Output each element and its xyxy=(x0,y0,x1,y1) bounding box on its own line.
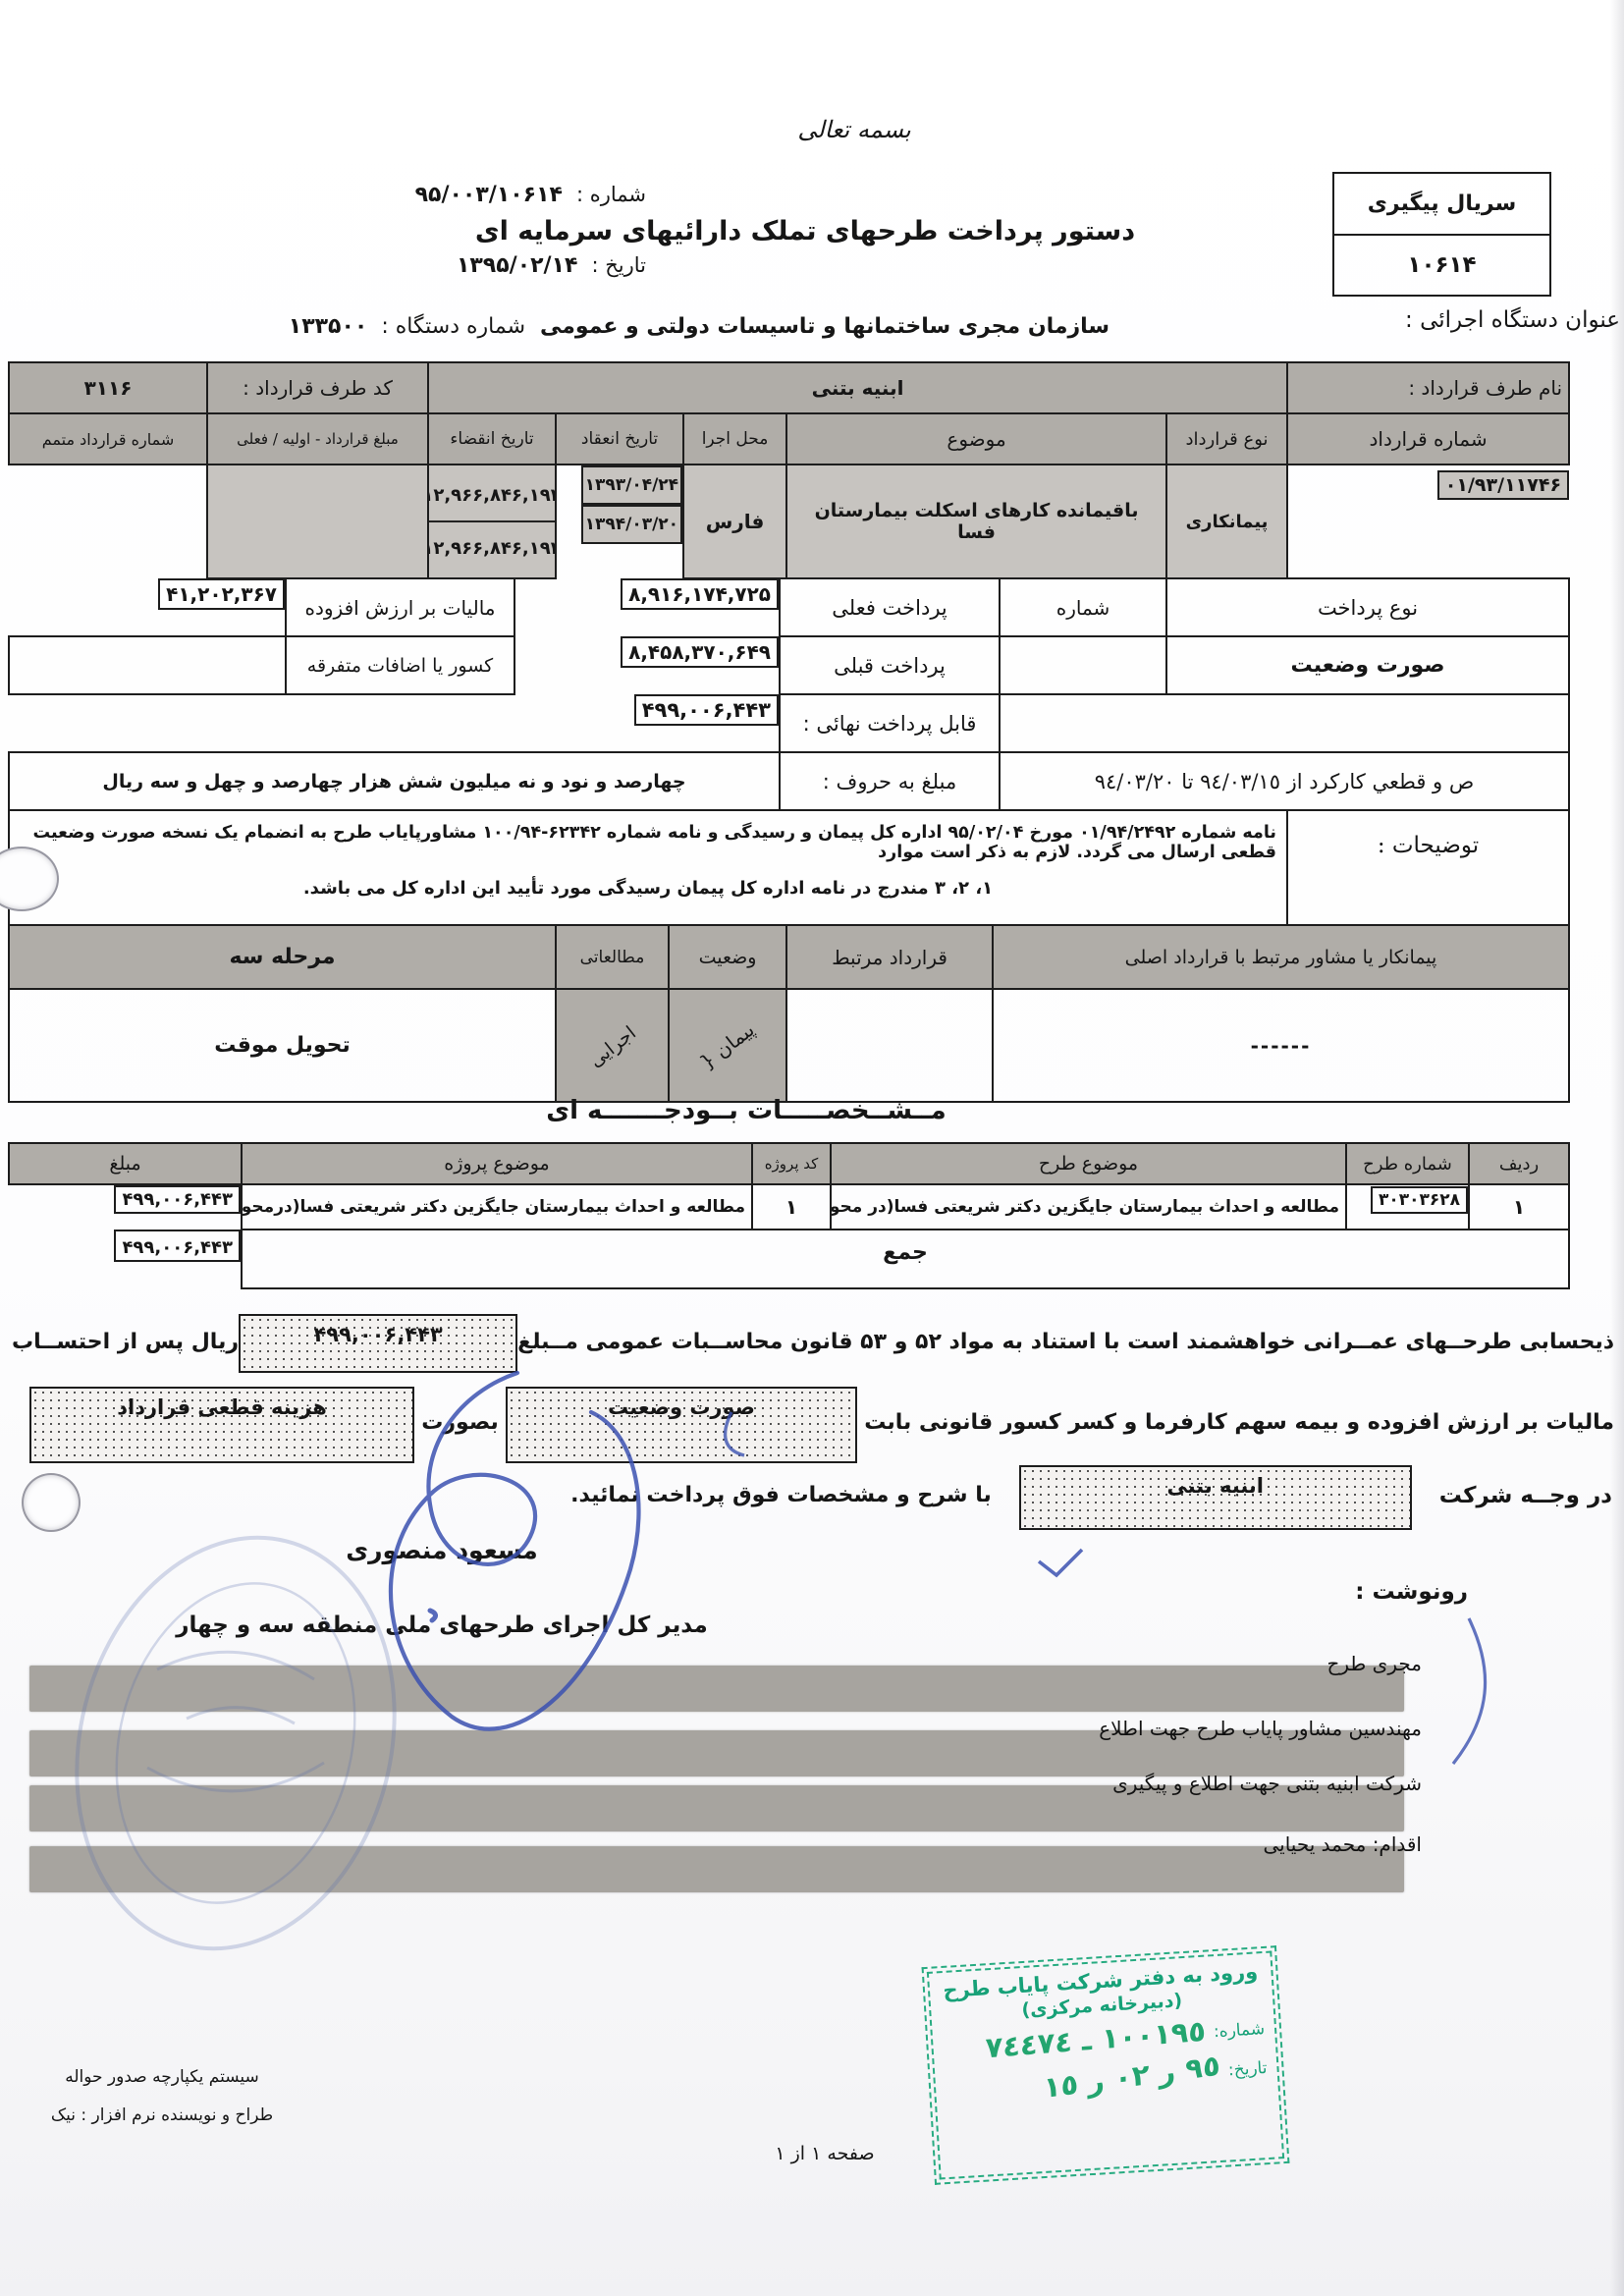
checkmark-icon xyxy=(1039,1550,1082,1575)
order-expense-value: هزینه قطعی قرارداد xyxy=(117,1395,327,1419)
order-line2-text-a: مالیات بر ارزش افزوده و بیمه سهم کارفرما… xyxy=(864,1387,1614,1435)
budget-project-subject: مطالعه و احداث بیمارستان جایگزین دکتر شر… xyxy=(242,1184,752,1230)
related-contract-label: قرارداد مرتبط xyxy=(786,925,993,989)
pact-status-value: پیمان { xyxy=(669,989,786,1102)
document-date-value: ۱۳۹۵/۰۲/۱۴ xyxy=(457,253,578,278)
payment-words-label: مبلغ به حروف : xyxy=(780,752,1000,810)
budget-project-code: ۱ xyxy=(752,1184,831,1230)
contract-subject-value: باقیمانده کارهای اسکلت بیمارستان فسا xyxy=(786,465,1166,578)
budget-header-project-subject: موضوع پروژه xyxy=(242,1143,752,1184)
contract-header-sign-date: تاریخ انعقاد xyxy=(556,413,683,465)
punch-hole-bottom xyxy=(22,1473,81,1532)
budget-row-number: ۱ xyxy=(1469,1184,1569,1230)
order-sentence-1: ذیحسابی طرحــهای عمــرانی خواهشمند است ب… xyxy=(12,1314,1614,1373)
phase-label: مرحله سه xyxy=(9,925,556,989)
margin-hook-stroke-icon xyxy=(1453,1618,1486,1764)
budget-total-value: ۴۹۹,۰۰۶,۴۴۳ xyxy=(114,1230,241,1262)
order-company-value: ابنیه بتنی xyxy=(1166,1474,1264,1498)
entry-stamp-number-label: شماره: xyxy=(1213,2019,1265,2042)
payment-empty-area xyxy=(1000,694,1569,752)
payment-final-label: قابل پرداخت نهائی : xyxy=(780,694,1000,752)
order-amount-value: ۴۹۹,۰۰۶,۴۴۳ xyxy=(313,1323,442,1346)
payment-deduction-value xyxy=(9,636,286,694)
related-consultant-label: پیمانکار یا مشاور مرتبط با قرارداد اصلی xyxy=(993,925,1569,989)
budget-amount: ۴۹۹,۰۰۶,۴۴۳ xyxy=(114,1185,241,1214)
document-number-value: ۹۵/۰۰۳/۱۰۶۱۴ xyxy=(415,183,563,207)
payment-vat-label: مالیات بر ارزش افزوده xyxy=(286,578,514,636)
contract-header-type: نوع قرارداد xyxy=(1166,413,1287,465)
scanned-payment-order-document: بسمه تعالی سریال پیگیری ۱۰۶۱۴ شماره : ۹۵… xyxy=(0,0,1624,2296)
remarks-section: توضیحات : نامه شماره ۰۱/۹۴/۲۴۹۲ مورخ ۹۵/… xyxy=(8,809,1570,926)
order-line1-text-a: ذیحسابی طرحــهای عمــرانی خواهشمند است ب… xyxy=(517,1314,1614,1354)
copy-row-consultant: مهندسین مشاور پایاب طرح جهت اطلاع xyxy=(29,1730,1404,1777)
agency-title-label: عنوان دستگاه اجرائی : xyxy=(1389,307,1620,333)
signatory-title: مدیر کل اجرای طرحهای ملی منطقه سه و چهار xyxy=(167,1613,717,1638)
footer-system-name: سیستم یکپارچه صدور حواله xyxy=(49,2058,275,2097)
agency-name: سازمان مجری ساختمانها و تاسیسات دولتی و … xyxy=(471,314,1178,339)
page-title: دستور پرداخت طرحهای تملک دارائیهای سرمای… xyxy=(461,216,1149,246)
tracking-serial-box: سریال پیگیری ۱۰۶۱۴ xyxy=(1332,172,1551,297)
budget-header-amount: مبلغ xyxy=(9,1143,242,1184)
copy-label-consultant: مهندسین مشاور پایاب طرح جهت اطلاع xyxy=(1099,1717,1422,1740)
agency-number-value: ۱۳۳۵۰۰ xyxy=(289,314,368,339)
contract-party-code-label: کد طرف قرارداد : xyxy=(207,362,428,413)
copy-row-executor: مجری طرح xyxy=(29,1666,1404,1712)
document-date-line: تاریخ : ۱۳۹۵/۰۲/۱۴ xyxy=(371,253,646,278)
status-study-label: مطالعاتی xyxy=(556,925,669,989)
page-number: صفحه ۱ از ۱ xyxy=(746,2143,903,2164)
related-contract-table: پیمانکار یا مشاور مرتبط با قرارداد اصلی … xyxy=(8,924,1570,1103)
copy-row-action: اقدام: محمد یحیایی xyxy=(29,1846,1404,1892)
phase-value: تحویل موقت xyxy=(9,989,556,1102)
remarks-label: توضیحات : xyxy=(1287,810,1569,925)
payment-vat-value: ۴۱,۲۰۲,۳۶۷ xyxy=(158,578,285,610)
contract-header-number: شماره قرارداد xyxy=(1287,413,1569,465)
order-expense-dotted-box: هزینه قطعی قرارداد xyxy=(29,1387,414,1463)
payment-words-value: چهارصد و نود و نه میلیون شش هزار چهارصد … xyxy=(9,752,780,810)
contract-amount-initial: ۱۲,۹۶۶,۸۴۶,۱۹۴ xyxy=(429,469,555,522)
contract-party-label: نام طرف قرارداد : xyxy=(1287,362,1569,413)
contract-sign-date-value: ۱۳۹۳/۰۴/۲۴ xyxy=(581,465,682,505)
order-line1-text-b: ریال پس از احتســاب xyxy=(12,1314,239,1354)
contract-party-code: ۳۱۱۶ xyxy=(9,362,207,413)
budget-section-title: مــشــخصـــــات بــودجـــــــه ای xyxy=(412,1096,1080,1125)
contract-table: نام طرف قرارداد : ابنیه بتنی کد طرف قرار… xyxy=(8,361,1570,579)
order-status-value: صورت وضعیت xyxy=(608,1395,755,1419)
pact-status-label: وضعیت xyxy=(669,925,786,989)
contract-header-amount: مبلغ قرارداد - اولیه / فعلی xyxy=(207,413,428,465)
footer-software-credit: سیستم یکپارچه صدور حواله طراح و نویسنده … xyxy=(49,2058,275,2135)
payment-previous-value: ۸,۴۵۸,۳۷۰,۶۴۹ xyxy=(621,636,779,668)
contract-header-expire-date: تاریخ انقضاء xyxy=(428,413,556,465)
entry-stamp-date-label: تاریخ: xyxy=(1227,2058,1268,2080)
document-number-line: شماره : ۹۵/۰۰۳/۱۰۶۱۴ xyxy=(371,183,646,207)
agency-number-label: شماره دستگاه : xyxy=(381,314,525,339)
footer-author: طراح و نویسنده نرم افزار : نیک xyxy=(49,2097,275,2135)
payment-current-value: ۸,۹۱۶,۱۷۴,۷۲۵ xyxy=(621,578,779,610)
order-line2-text-b: بصورت xyxy=(421,1387,499,1435)
order-line3-text-b: با شرح و مشخصات فوق پرداخت نمائید. xyxy=(570,1465,992,1507)
document-number-label: شماره : xyxy=(576,183,646,206)
budget-header-plan-subject: موضوع طرح xyxy=(831,1143,1346,1184)
contract-header-location: محل اجرا xyxy=(683,413,786,465)
entry-stamp: ورود به دفتر شرکت پایاب طرح (دبیرخانه مر… xyxy=(922,1945,1290,2185)
payment-number-value xyxy=(1000,636,1166,694)
order-status-dotted-box: صورت وضعیت xyxy=(506,1387,857,1463)
status-exec-label: اجرایی xyxy=(556,989,669,1102)
contract-header-supplement: شماره قرارداد متمم xyxy=(9,413,207,465)
contract-number-value: ۰۱/۹۳/۱۱۷۴۶ xyxy=(1437,470,1569,500)
remarks-line1: نامه شماره ۰۱/۹۴/۲۴۹۲ مورخ ۹۵/۰۲/۰۴ ادار… xyxy=(20,823,1276,862)
payment-type-value: صورت وضعیت xyxy=(1166,636,1569,694)
contract-location-value: فارس xyxy=(683,465,786,578)
contract-amount-cell: ۱۲,۹۶۶,۸۴۶,۱۹۴ ۱۲,۹۶۶,۸۴۶,۱۹۴ xyxy=(429,469,555,574)
remarks-line2: ۱، ۲، ۳ مندرج در نامه اداره کل پیمان رسی… xyxy=(20,878,1276,899)
order-sentence-3: در وجــه شرکت ابنیه بتنی با شرح و مشخصات… xyxy=(12,1465,1612,1530)
contract-amount-current: ۱۲,۹۶۶,۸۴۶,۱۹۴ xyxy=(429,522,555,574)
payment-current-label: پرداخت فعلی xyxy=(780,578,1000,636)
order-line3-text-a: در وجــه شرکت xyxy=(1439,1465,1612,1508)
contract-supplement-value xyxy=(207,465,428,578)
order-amount-dotted-box: ۴۹۹,۰۰۶,۴۴۳ xyxy=(239,1314,517,1373)
copy-row-company: شرکت ابنیه بتنی جهت اطلاع و پیگیری xyxy=(29,1785,1404,1831)
budget-header-plan-no: شماره طرح xyxy=(1346,1143,1469,1184)
tracking-serial-label: سریال پیگیری xyxy=(1334,174,1549,236)
contract-type-value: پیمانکاری xyxy=(1166,465,1287,578)
order-sentence-2: مالیات بر ارزش افزوده و بیمه سهم کارفرما… xyxy=(29,1387,1614,1463)
agency-number-line: شماره دستگاه : ۱۳۳۵۰۰ xyxy=(241,314,525,339)
payment-table: نوع پرداخت شماره پرداخت فعلی ۸,۹۱۶,۱۷۴,۷… xyxy=(8,577,1570,811)
related-contract-value xyxy=(786,989,993,1102)
contract-expire-date-value: ۱۳۹۴/۰۳/۲۰ xyxy=(581,505,682,544)
payment-type-label: نوع پرداخت xyxy=(1166,578,1569,636)
budget-plan-number: ۳۰۳۰۳۶۲۸ xyxy=(1371,1186,1468,1214)
payment-final-value: ۴۹۹,۰۰۶,۴۴۳ xyxy=(634,694,779,726)
copy-label-company: شرکت ابنیه بتنی جهت اطلاع و پیگیری xyxy=(1112,1772,1422,1795)
budget-header-project-code: کد پروژه xyxy=(752,1143,831,1184)
contract-header-subject: موضوع xyxy=(786,413,1166,465)
copy-label-executor: مجری طرح xyxy=(1326,1652,1422,1675)
document-date-label: تاریخ : xyxy=(591,253,646,277)
copy-label-action: اقدام: محمد یحیایی xyxy=(1263,1832,1422,1856)
payment-number-label: شماره xyxy=(1000,578,1166,636)
tracking-serial-value: ۱۰۶۱۴ xyxy=(1334,236,1549,295)
payment-deduction-label: کسور یا اضافات متفرقه xyxy=(286,636,514,694)
order-company-dotted-box: ابنیه بتنی xyxy=(1019,1465,1412,1530)
signatory-name: مسعود منصوری xyxy=(295,1536,589,1564)
copies-label: رونوشت : xyxy=(1340,1579,1468,1605)
budget-total-label: جمع xyxy=(242,1230,1569,1288)
budget-table: ردیف شماره طرح موضوع طرح کد پروژه موضوع … xyxy=(8,1142,1570,1289)
payment-period-note: ص و قطعي کارکرد از ٩٤/٠٣/١٥ تا ٩٤/٠٣/٢٠ xyxy=(1000,752,1569,810)
contract-party-name: ابنیه بتنی xyxy=(428,362,1287,413)
related-consultant-value: ------ xyxy=(993,989,1569,1102)
besmele-text: بسمه تعالی xyxy=(687,116,1021,143)
payment-previous-label: پرداخت قبلی xyxy=(780,636,1000,694)
budget-header-row: ردیف xyxy=(1469,1143,1569,1184)
budget-plan-subject: مطالعه و احداث بیمارستان جایگزین دکتر شر… xyxy=(831,1184,1346,1230)
